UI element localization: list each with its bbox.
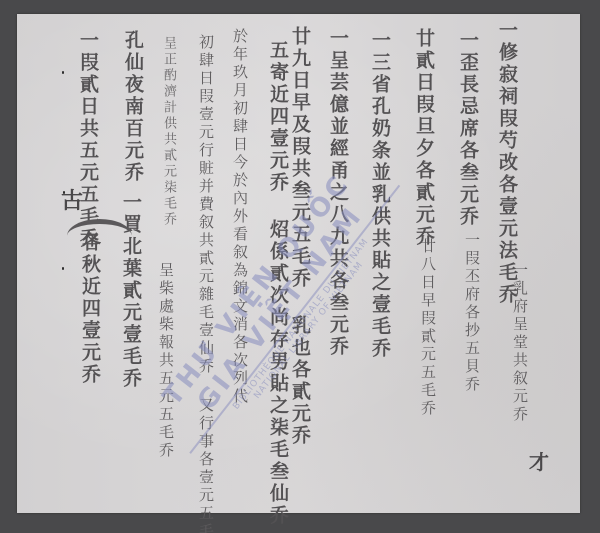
text-column-3: 廿貳日叚旦夕各貳元乔 <box>414 28 433 248</box>
text-column-2: 一歪長忌席各叁元乔 <box>458 30 477 228</box>
text-column-9: 初肆日叚壹元行賍并費叙共貳元雜毛壹仙乔 又行事各壹元五毛 <box>198 34 213 533</box>
text-column-11b: 一買北葉貳元壹毛乔 <box>121 192 140 390</box>
text-column-2b: 一叚丕府各抄五貝乔 <box>464 232 479 394</box>
text-column-8: 於年玖月初肆日今於內外看叙為錦文消各次列代 <box>232 28 247 406</box>
ink-speck <box>63 191 65 194</box>
ink-speck <box>62 267 64 270</box>
text-column-10b: 呈柴處柴報共五元五毛乔 <box>158 262 173 460</box>
ink-speck <box>62 71 64 74</box>
text-column-12: 一叚貳日共五元五毛乔 <box>78 30 97 250</box>
text-column-11: 孔仙夜南百元乔 <box>123 30 142 184</box>
right-margin-mark: 才 <box>529 446 549 475</box>
text-column-6: 廿九日早及叚共叁元五毛乔 乳也各貳元乔 <box>290 26 309 447</box>
text-column-7: 五寄近四壹元乔 炤係貳次尚存男貼之柒毛叁仙乔 <box>268 40 287 527</box>
scan-viewer-frame: 一修寂祠叚芍改各壹元法毛乔 一乳府呈堂共叙元乔 一歪長忌席各叁元乔 一叚丕府各抄… <box>0 0 600 533</box>
manuscript-page: 一修寂祠叚芍改各壹元法毛乔 一乳府呈堂共叙元乔 一歪長忌席各叁元乔 一叚丕府各抄… <box>17 14 580 513</box>
left-margin-mark: 古 <box>61 184 83 215</box>
text-column-4: 一三省孔奶条並乳供共貼之壹毛乔 <box>370 30 389 360</box>
text-column-12b: 各秋近四壹元乔 <box>80 232 99 386</box>
text-column-3b: 廿八日早叚貳元五毛乔 <box>420 238 435 418</box>
text-column-5: 一呈芸億並經甬之八九共各叁元乔 <box>328 28 347 358</box>
text-column-10: 呈正酌濟計供共貳元柒毛乔 <box>162 36 175 228</box>
text-column-1b: 一乳府呈堂共叙元乔 <box>512 262 527 424</box>
